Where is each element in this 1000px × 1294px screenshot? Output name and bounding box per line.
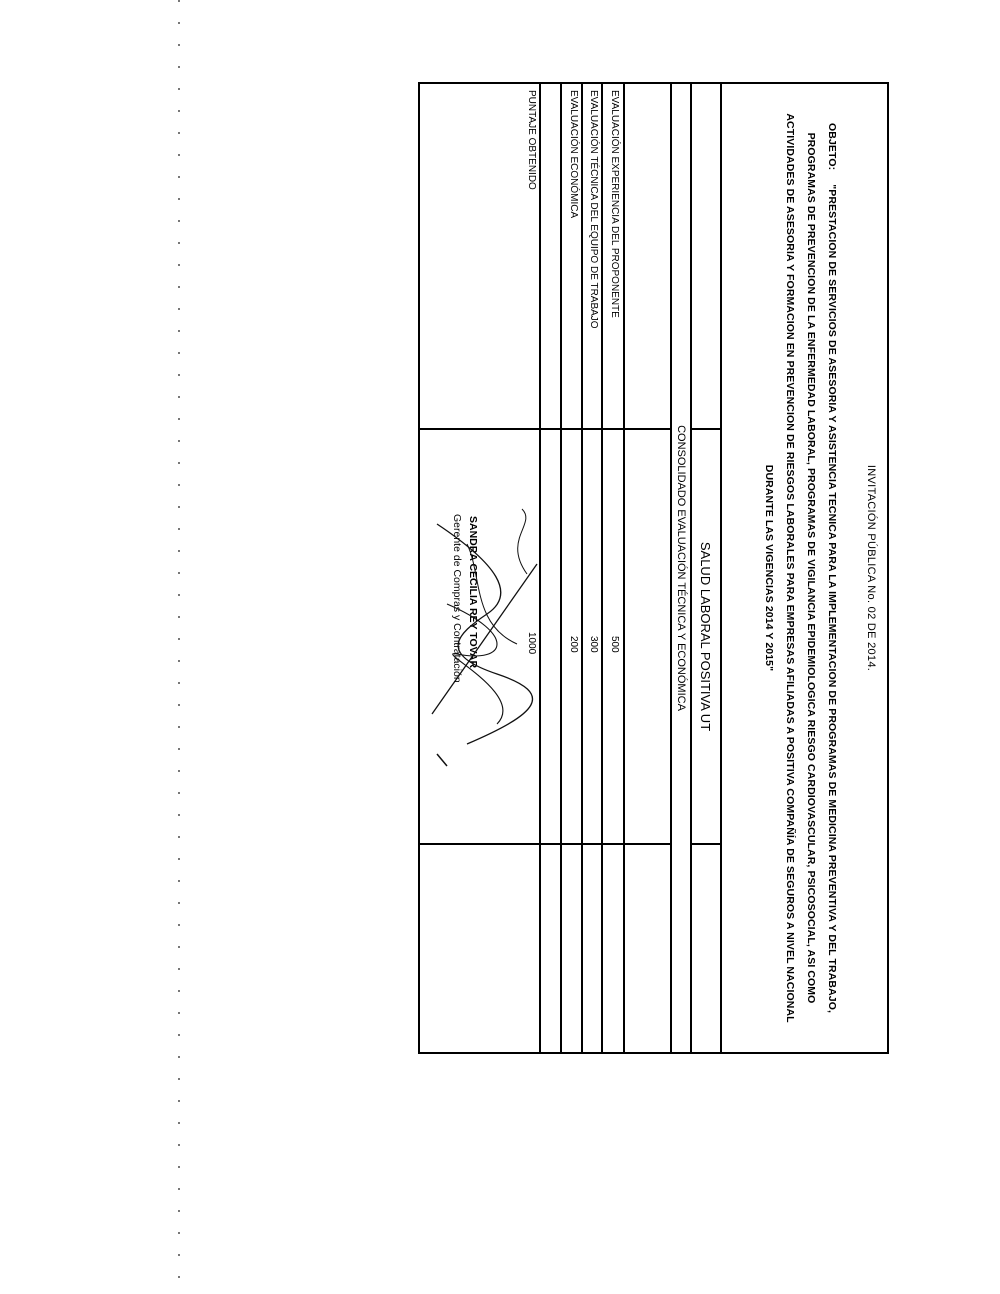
row-value-economica: 200 bbox=[568, 636, 579, 653]
evaluation-table: INVITACIÓN PÚBLICA No. 02 DE 2014. OBJET… bbox=[418, 82, 889, 1054]
column-divider-label bbox=[418, 428, 672, 430]
rule-row2-bottom bbox=[581, 84, 583, 1052]
row-value-experiencia: 500 bbox=[609, 636, 620, 653]
object-text: "PRESTACION DE SERVICIOS DE ASESORIA Y A… bbox=[763, 113, 838, 1022]
rule-row3-bottom bbox=[560, 84, 562, 1052]
row-label-economica: EVALUACIÓN ECONÓMICA bbox=[568, 90, 579, 218]
rule-gap-bottom bbox=[623, 84, 625, 1052]
rotated-page: INVITACIÓN PÚBLICA No. 02 DE 2014. OBJET… bbox=[418, 82, 889, 1054]
total-label: PUNTAJE OBTENIDO bbox=[526, 90, 537, 190]
object-label: OBJETO: bbox=[826, 123, 838, 170]
rule-header-bottom bbox=[690, 84, 692, 1052]
row-label-experiencia: EVALUACIÓN EXPERIENCIA DEL PROPONENTE bbox=[609, 90, 620, 318]
table-subtitle: CONSOLIDADO EVALUACIÓN TÉCNICA Y ECONÓMI… bbox=[675, 84, 687, 1052]
rule-title-bottom bbox=[720, 84, 722, 1052]
document-title: INVITACIÓN PÚBLICA No. 02 DE 2014. bbox=[865, 84, 877, 1052]
rule-row1-bottom bbox=[601, 84, 603, 1052]
rule-subtitle-bottom bbox=[670, 84, 672, 1052]
header-divider-right bbox=[692, 843, 722, 845]
object-description: OBJETO:"PRESTACION DE SERVICIOS DE ASESO… bbox=[758, 104, 842, 1032]
row-value-tecnica: 300 bbox=[588, 636, 599, 653]
handwritten-signature-icon bbox=[417, 504, 557, 804]
column-divider-value bbox=[418, 843, 672, 845]
bidder-name: SALUD LABORAL POSITIVA UT bbox=[698, 430, 713, 843]
row-label-tecnica: EVALUACIÓN TÉCNICA DEL EQUIPO DE TRABAJO bbox=[588, 90, 599, 329]
scan-margin-dots bbox=[178, 0, 180, 1294]
